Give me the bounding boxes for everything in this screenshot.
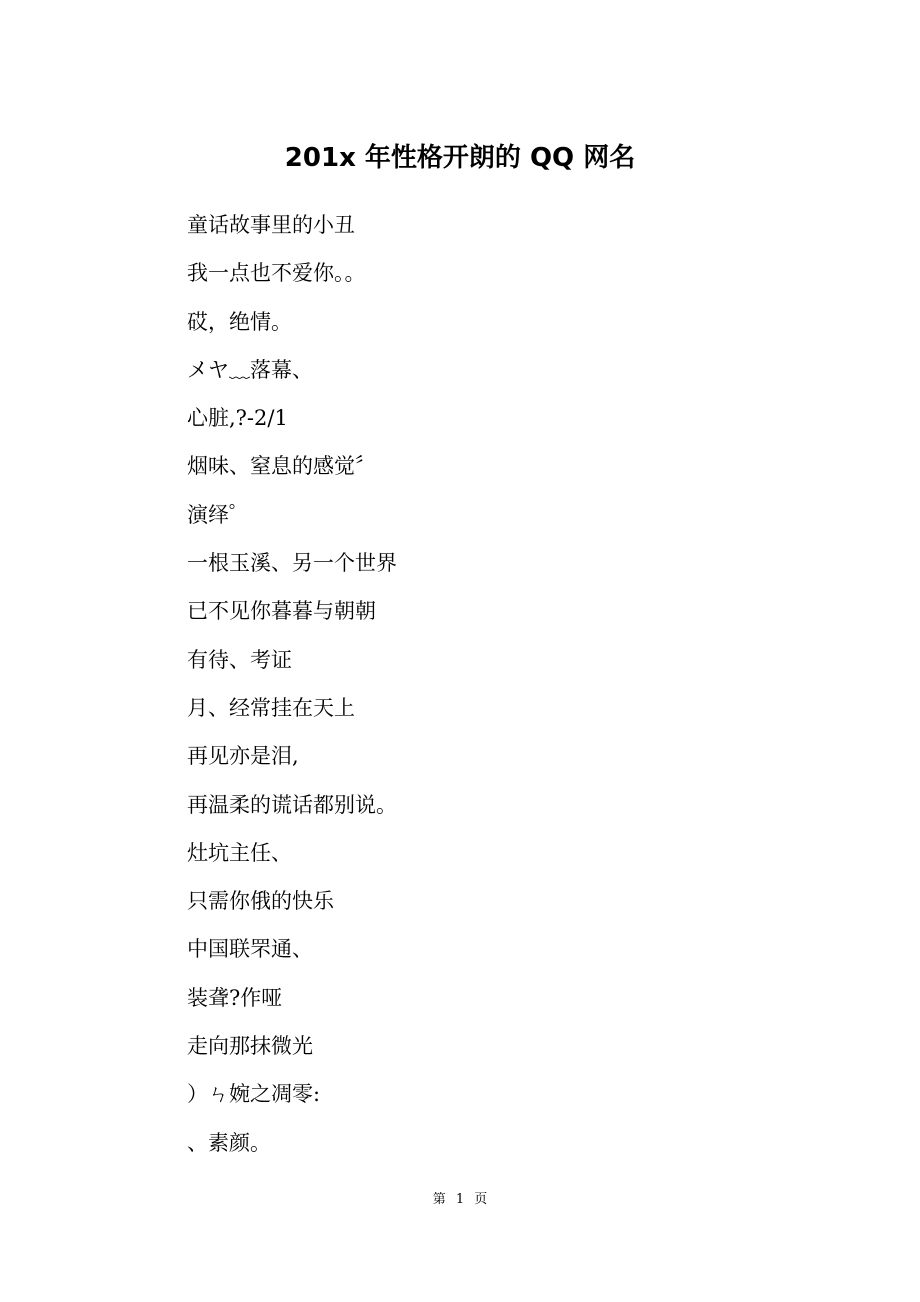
- document-page: 201x 年性格开朗的 QQ 网名 童话故事里的小丑 我一点也不爱你。。 砹，绝…: [0, 0, 920, 1302]
- page-label-suffix: 页: [474, 1192, 487, 1207]
- list-item: 我一点也不爱你。。: [187, 256, 397, 304]
- list-item: ）ㄣ婉之凋零:: [187, 1077, 397, 1125]
- list-item: 再温柔的谎话都别说。: [187, 788, 397, 836]
- page-number: 1: [456, 1192, 464, 1207]
- list-item: 演绎゜: [187, 498, 397, 546]
- list-item: 再见亦是泪,: [187, 739, 397, 787]
- list-item: 装聋?作哑: [187, 981, 397, 1029]
- document-title: 201x 年性格开朗的 QQ 网名: [0, 138, 920, 178]
- list-item: 灶坑主任、: [187, 836, 397, 884]
- list-item: 心脏,?-2/1: [187, 401, 397, 449]
- list-item: 烟味、窒息的感觉〞: [187, 449, 397, 497]
- list-item: 童话故事里的小丑: [187, 208, 397, 256]
- page-label-prefix: 第: [433, 1192, 446, 1207]
- list-item: 有待、考证: [187, 643, 397, 691]
- page-footer: 第 1 页: [0, 1191, 920, 1209]
- list-item: 一根玉溪、另一个世界: [187, 546, 397, 594]
- list-item: 中国联罘通、: [187, 932, 397, 980]
- list-item: 已不见你暮暮与朝朝: [187, 594, 397, 642]
- list-item: 砹，绝情。: [187, 305, 397, 353]
- list-item: メヤ﹏落幕、: [187, 353, 397, 401]
- list-item: 、素颜。: [187, 1126, 397, 1174]
- list-item: 走向那抹微光: [187, 1029, 397, 1077]
- list-item: 只需你俄的快乐: [187, 884, 397, 932]
- name-list: 童话故事里的小丑 我一点也不爱你。。 砹，绝情。 メヤ﹏落幕、 心脏,?-2/1…: [187, 208, 397, 1174]
- list-item: 月、经常挂在天上: [187, 691, 397, 739]
